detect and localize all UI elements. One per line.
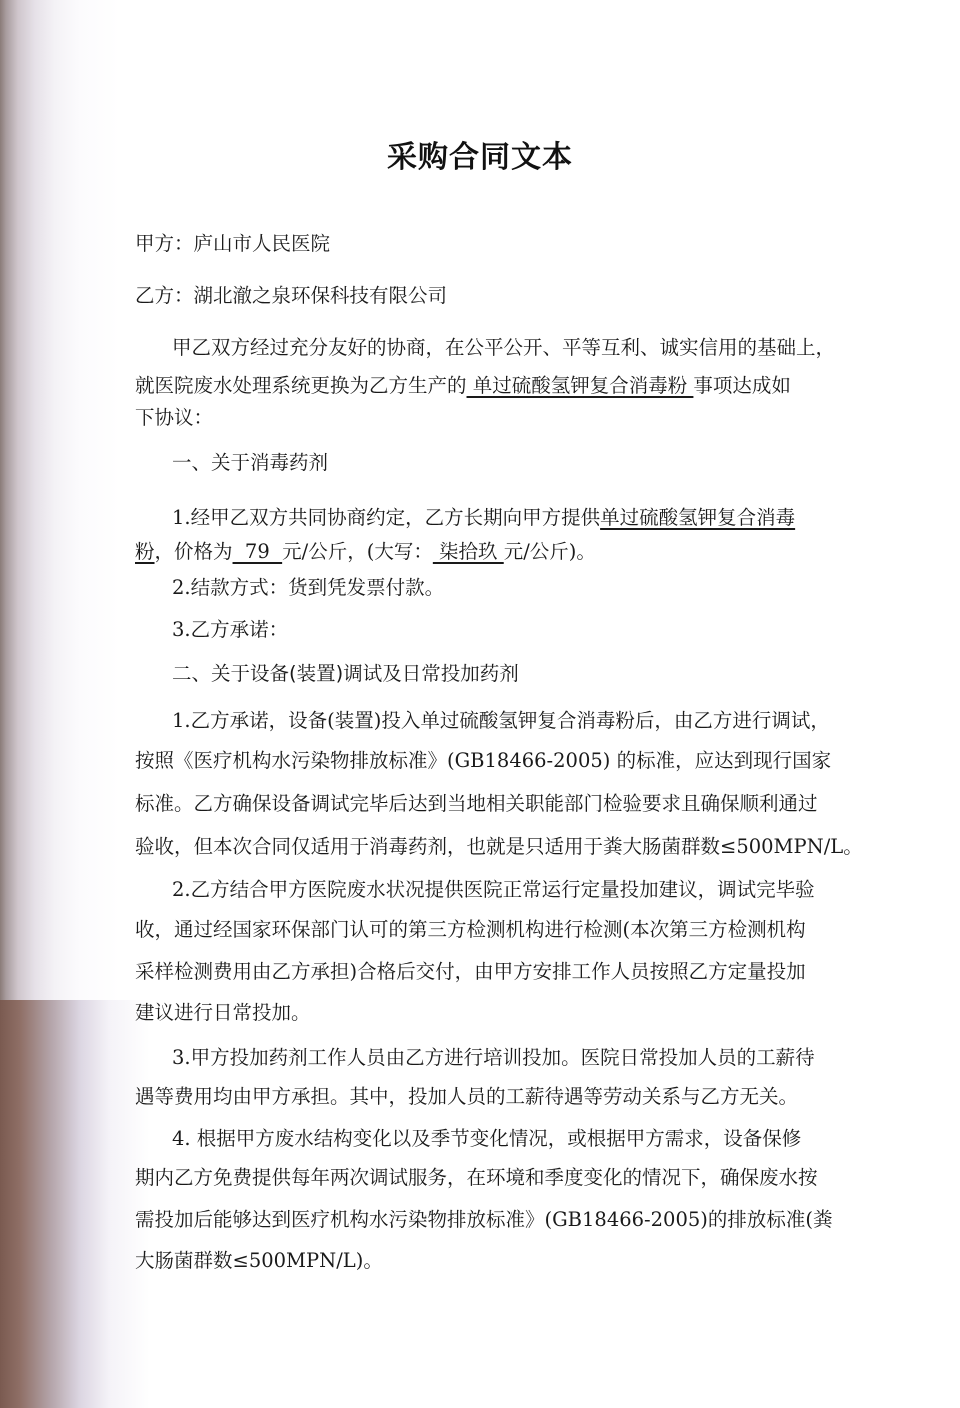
section-2-item-2-line-2: 收，通过经国家环保部门认可的第三方检测机构进行检测(本次第三方检测机构 [135, 915, 806, 945]
section-1-item-1-line-2: 粉，价格为 79 元/公斤，(大写： 柒拾玖 元/公斤)。 [135, 537, 596, 567]
section-2-item-3-line-1: 3.甲方投加药剂工作人员由乙方进行培训投加。医院日常投加人员的工薪待 [172, 1043, 815, 1073]
section-2-item-1-line-4: 验收，但本次合同仅适用于消毒药剂，也就是只适用于粪大肠菌群数≤500MPN/L。 [135, 832, 863, 862]
product-name-underlined-cont: 粉 [135, 540, 155, 563]
section-1-item-3: 3.乙方承诺： [172, 615, 288, 645]
section-2-item-4-line-4: 大肠菌群数≤500MPN/L)。 [135, 1246, 383, 1276]
party-a-name: 庐山市人民医院 [194, 232, 331, 255]
intro-text: 就医院废水处理系统更换为乙方生产的 [135, 374, 467, 397]
product-name-underlined: 单过硫酸氢钾复合消毒粉 [467, 374, 694, 397]
price-label: ，价格为 [155, 540, 233, 563]
section-2-item-2-line-3: 采样检测费用由乙方承担)合格后交付，由甲方安排工作人员按照乙方定量投加 [135, 957, 806, 987]
intro-line-3: 下协议： [135, 403, 213, 433]
price-value: 79 [233, 540, 283, 563]
section-2-item-2-line-4: 建议进行日常投加。 [135, 998, 311, 1028]
intro-line-1: 甲乙双方经过充分友好的协商，在公平公开、平等互利、诚实信用的基础上， [172, 333, 835, 363]
intro-line-2: 就医院废水处理系统更换为乙方生产的 单过硫酸氢钾复合消毒粉 事项达成如 [135, 371, 791, 401]
section-2-item-2-line-1: 2.乙方结合甲方医院废水状况提供医院正常运行定量投加建议，调试完毕验 [172, 875, 815, 905]
party-b-line: 乙方：湖北澈之泉环保科技有限公司 [135, 281, 447, 311]
section-1-heading: 一、关于消毒药剂 [172, 448, 328, 478]
section-1-item-1-line-1: 1.经甲乙双方共同协商约定，乙方长期向甲方提供单过硫酸氢钾复合消毒 [172, 503, 795, 533]
contract-page: 采购合同文本 甲方：庐山市人民医院 乙方：湖北澈之泉环保科技有限公司 甲乙双方经… [0, 0, 960, 1408]
price-unit-end: 元/公斤)。 [504, 540, 596, 563]
section-2-item-1-line-1: 1.乙方承诺，设备(装置)投入单过硫酸氢钾复合消毒粉后，由乙方进行调试， [172, 706, 830, 736]
product-name-underlined: 单过硫酸氢钾复合消毒 [600, 506, 795, 529]
section-2-item-1-line-3: 标准。乙方确保设备调试完毕后达到当地相关职能部门检验要求且确保顺利通过 [135, 789, 818, 819]
section-2-item-4-line-2: 期内乙方免费提供每年两次调试服务，在环境和季度变化的情况下，确保废水按 [135, 1163, 818, 1193]
item-text: 1.经甲乙双方共同协商约定，乙方长期向甲方提供 [172, 506, 600, 529]
party-b-name: 湖北澈之泉环保科技有限公司 [194, 284, 448, 307]
party-b-label: 乙方： [135, 284, 194, 307]
section-1-item-2: 2.结款方式：货到凭发票付款。 [172, 573, 444, 603]
section-2-item-4-line-1: 4. 根据甲方废水结构变化以及季节变化情况，或根据甲方需求，设备保修 [172, 1124, 801, 1154]
intro-text-end: 事项达成如 [693, 374, 791, 397]
party-a-line: 甲方：庐山市人民医院 [135, 229, 330, 259]
section-2-heading: 二、关于设备(装置)调试及日常投加药剂 [172, 659, 519, 689]
section-2-item-1-line-2: 按照《医疗机构水污染物排放标准》(GB18466-2005) 的标准，应达到现行… [135, 746, 831, 776]
section-2-item-4-line-3: 需投加后能够达到医疗机构水污染物排放标准》(GB18466-2005)的排放标准… [135, 1205, 832, 1235]
document-title: 采购合同文本 [0, 132, 960, 176]
price-value-uppercase: 柒拾玖 [433, 540, 504, 563]
party-a-label: 甲方： [135, 232, 194, 255]
price-unit: 元/公斤，(大写： [282, 540, 433, 563]
section-2-item-3-line-2: 遇等费用均由甲方承担。其中，投加人员的工薪待遇等劳动关系与乙方无关。 [135, 1082, 798, 1112]
